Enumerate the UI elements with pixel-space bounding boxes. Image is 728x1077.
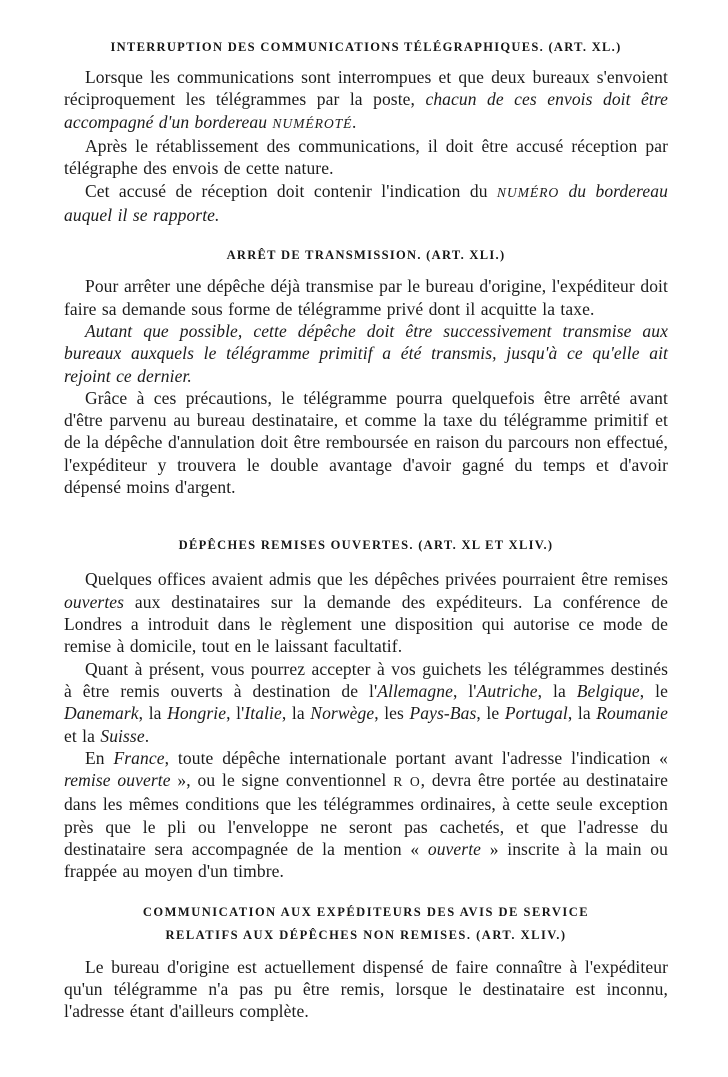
text-run-italic-caps: NUMÉROTÉ bbox=[272, 116, 352, 131]
text-run: . bbox=[145, 726, 149, 746]
section-heading: ARRÊT DE TRANSMISSION. (ART. XLI.) bbox=[64, 246, 668, 264]
text-run-italic: Allemagne bbox=[377, 681, 453, 701]
text-run-italic: Suisse bbox=[100, 726, 144, 746]
text-run: , l' bbox=[453, 681, 477, 701]
text-run: , toute dépêche internationale portant a… bbox=[165, 748, 668, 768]
text-run-italic: Norwège bbox=[310, 703, 374, 723]
text-run: , le bbox=[476, 703, 504, 723]
text-run: , le bbox=[640, 681, 668, 701]
paragraph: Autant que possible, cette dépêche doit … bbox=[64, 320, 668, 387]
paragraph: En France, toute dépêche internationale … bbox=[64, 747, 668, 883]
section-heading: INTERRUPTION DES COMMUNICATIONS TÉLÉGRAP… bbox=[64, 38, 668, 56]
text-run-italic: remise ouverte bbox=[64, 770, 171, 790]
text-run: , la bbox=[139, 703, 167, 723]
page-content: INTERRUPTION DES COMMUNICATIONS TÉLÉGRAP… bbox=[64, 38, 668, 1023]
text-run-italic: ouverte bbox=[428, 839, 481, 859]
text-run: aux destinataires sur la demande des exp… bbox=[64, 592, 668, 657]
text-run-italic: Belgique bbox=[577, 681, 640, 701]
text-run-italic: Autant que possible, cette dépêche doit … bbox=[64, 321, 668, 386]
text-run: , les bbox=[374, 703, 409, 723]
text-run: Le bureau d'origine est actuellement dis… bbox=[64, 957, 668, 1022]
document-section: INTERRUPTION DES COMMUNICATIONS TÉLÉGRAP… bbox=[64, 38, 668, 226]
text-run-italic: France bbox=[113, 748, 164, 768]
text-run: Quelques offices avaient admis que les d… bbox=[85, 569, 668, 589]
paragraph: Quelques offices avaient admis que les d… bbox=[64, 568, 668, 657]
document-section: ARRÊT DE TRANSMISSION. (ART. XLI.)Pour a… bbox=[64, 246, 668, 498]
section-heading: COMMUNICATION AUX EXPÉDITEURS DES AVIS D… bbox=[104, 901, 628, 947]
text-run: , la bbox=[568, 703, 596, 723]
text-run-italic: Hongrie bbox=[167, 703, 226, 723]
scanned-document-page: INTERRUPTION DES COMMUNICATIONS TÉLÉGRAP… bbox=[0, 0, 728, 1077]
paragraph: Grâce à ces précautions, le télégramme p… bbox=[64, 387, 668, 498]
document-section: COMMUNICATION AUX EXPÉDITEURS DES AVIS D… bbox=[64, 901, 668, 1023]
text-run: , la bbox=[538, 681, 577, 701]
text-run: , la bbox=[282, 703, 310, 723]
text-run-italic: ouvertes bbox=[64, 592, 124, 612]
paragraph: Cet accusé de réception doit contenir l'… bbox=[64, 180, 668, 227]
text-run-italic: Roumanie bbox=[596, 703, 668, 723]
paragraph: Quant à présent, vous pourrez accepter à… bbox=[64, 658, 668, 747]
text-run-italic: Danemark bbox=[64, 703, 139, 723]
text-run-italic: Portugal bbox=[505, 703, 568, 723]
text-run-italic: Pays-Bas bbox=[410, 703, 477, 723]
text-run-italic: Autriche bbox=[477, 681, 538, 701]
paragraph: Le bureau d'origine est actuellement dis… bbox=[64, 956, 668, 1023]
text-run-caps: R O bbox=[393, 774, 420, 789]
section-heading: DÉPÊCHES REMISES OUVERTES. (ART. XL ET X… bbox=[64, 536, 668, 554]
paragraph: Après le rétablissement des communicatio… bbox=[64, 135, 668, 180]
text-run: Grâce à ces précautions, le télégramme p… bbox=[64, 388, 668, 497]
text-run: Pour arrêter une dépêche déjà transmise … bbox=[64, 276, 668, 318]
text-run: Cet accusé de réception doit contenir l'… bbox=[85, 181, 497, 201]
text-run: Après le rétablissement des communicatio… bbox=[64, 136, 668, 178]
text-run-italic: Italie bbox=[244, 703, 282, 723]
paragraph: Pour arrêter une dépêche déjà transmise … bbox=[64, 275, 668, 320]
document-section: DÉPÊCHES REMISES OUVERTES. (ART. XL ET X… bbox=[64, 536, 668, 882]
text-run: En bbox=[85, 748, 113, 768]
text-run-italic-caps: NUMÉRO bbox=[497, 185, 559, 200]
text-run: , l' bbox=[226, 703, 244, 723]
paragraph: Lorsque les communications sont interrom… bbox=[64, 66, 668, 135]
text-run: », ou le signe conventionnel bbox=[171, 770, 394, 790]
text-run: et la bbox=[64, 726, 100, 746]
text-run-italic: . bbox=[352, 112, 356, 132]
